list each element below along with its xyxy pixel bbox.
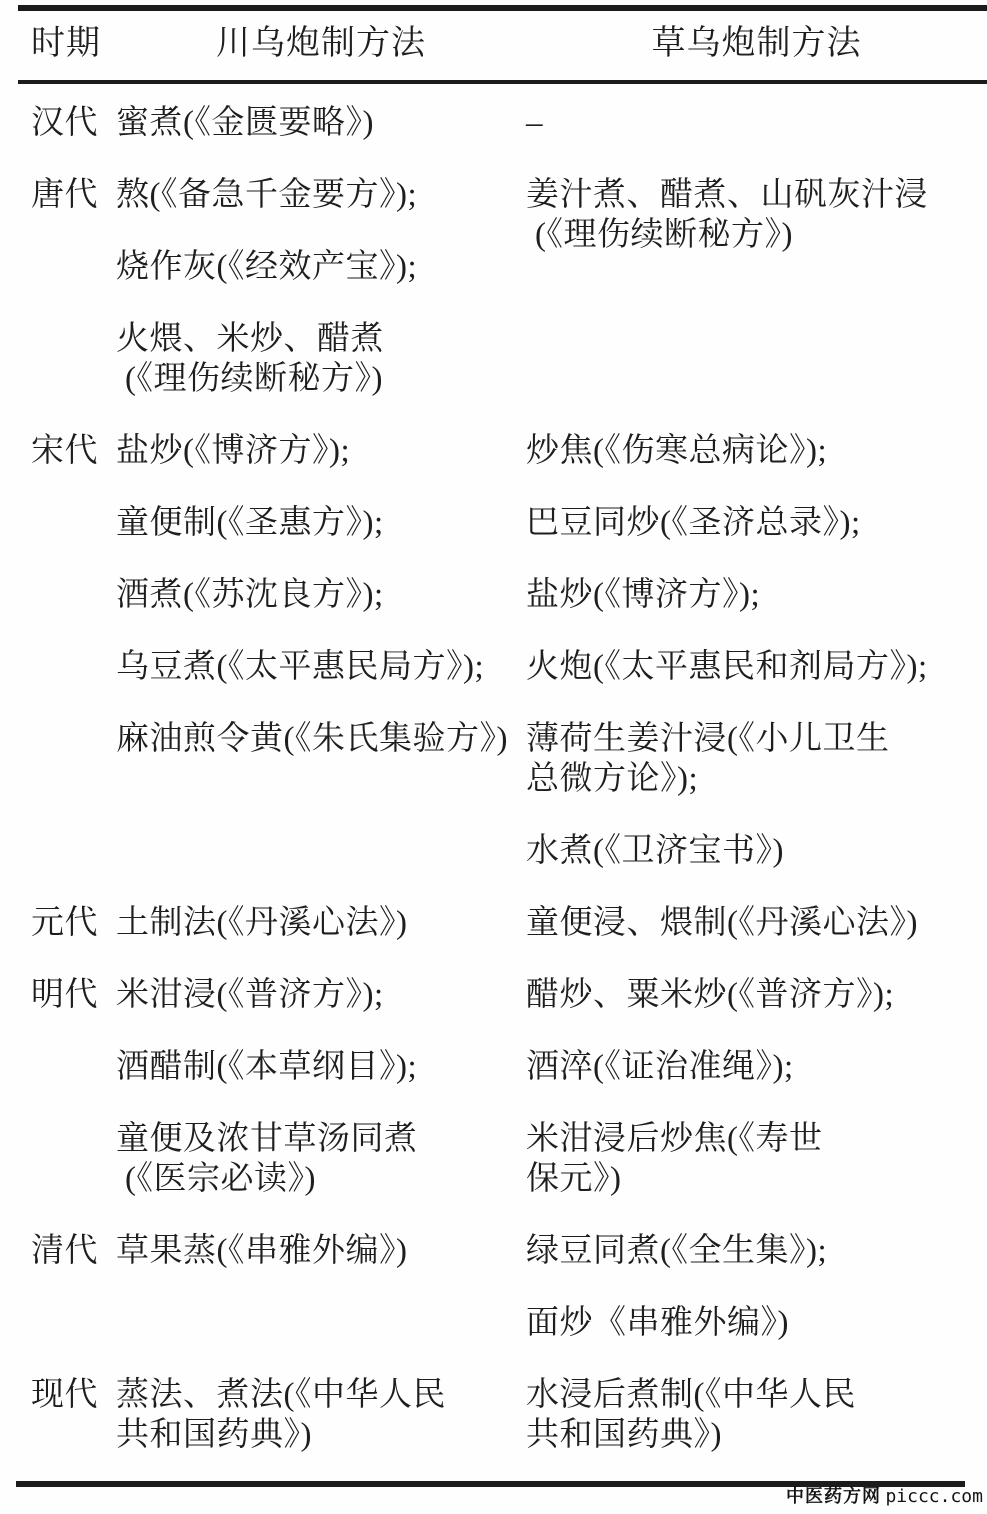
period-cell: 宋代: [0, 431, 116, 871]
method-line: 火煨、米炒、醋煮: [116, 319, 526, 359]
method-line: 薄荷生姜汁浸(《小儿卫生: [526, 719, 981, 759]
method-entry: 童便制(《圣惠方》);: [116, 503, 526, 543]
method-line: 酒醋制(《本草纲目》);: [116, 1047, 526, 1087]
method-line: –: [526, 103, 981, 143]
caowu-methods-cell: 童便浸、煨制(《丹溪心法》): [526, 903, 987, 943]
method-entry: 熬(《备急千金要方》);: [116, 175, 526, 215]
method-line: 醋炒、粟米炒(《普济方》);: [526, 975, 981, 1015]
caowu-methods-cell: 水浸后煮制(《中华人民共和国药典》): [526, 1375, 987, 1455]
method-entry: 水浸后煮制(《中华人民共和国药典》): [526, 1375, 981, 1455]
method-line: 总微方论》);: [526, 759, 981, 799]
method-entry: 酒醋制(《本草纲目》);: [116, 1047, 526, 1087]
period-cell: 唐代: [0, 175, 116, 399]
scanned-table-page: 时期 川乌炮制方法 草乌炮制方法 汉代蜜煮(《金匮要略》)–唐代熬(《备急千金要…: [0, 0, 987, 1514]
caowu-methods-cell: 醋炒、粟米炒(《普济方》);酒淬(《证治准绳》);米泔浸后炒焦(《寿世保元》): [526, 975, 987, 1199]
method-line: 童便及浓甘草汤同煮: [116, 1119, 526, 1159]
method-line: (《医宗必读》): [116, 1159, 526, 1199]
method-line: 蒸法、煮法(《中华人民: [116, 1375, 526, 1415]
method-entry: 蜜煮(《金匮要略》): [116, 103, 526, 143]
method-entry: 草果蒸(《串雅外编》): [116, 1231, 526, 1271]
method-line: 烧作灰(《经效产宝》);: [116, 247, 526, 287]
caowu-methods-cell: 绿豆同煮(《全生集》);面炒《串雅外编》): [526, 1231, 987, 1343]
method-line: 土制法(《丹溪心法》): [116, 903, 526, 943]
method-line: 盐炒(《博济方》);: [526, 575, 981, 615]
watermark-site-name: 中医药方网: [786, 1486, 881, 1506]
method-line: 火炮(《太平惠民和剂局方》);: [526, 647, 981, 687]
chuanwu-methods-cell: 蒸法、煮法(《中华人民共和国药典》): [116, 1375, 526, 1455]
header-divider-rule: [18, 80, 987, 84]
header-chuanwu-methods: 川乌炮制方法: [116, 24, 526, 64]
chuanwu-methods-cell: 米泔浸(《普济方》);酒醋制(《本草纲目》);童便及浓甘草汤同煮(《医宗必读》): [116, 975, 526, 1199]
header-caowu-methods: 草乌炮制方法: [526, 24, 987, 64]
method-line: (《理伤续断秘方》): [526, 215, 981, 255]
table-header-row: 时期 川乌炮制方法 草乌炮制方法: [0, 24, 987, 64]
method-line: 水煮(《卫济宝书》): [526, 831, 981, 871]
method-line: 姜汁煮、醋煮、山矾灰汁浸: [526, 175, 981, 215]
method-entry: 巴豆同炒(《圣济总录》);: [526, 503, 981, 543]
method-entry: 米泔浸(《普济方》);: [116, 975, 526, 1015]
method-entry: –: [526, 103, 981, 143]
method-line: 乌豆煮(《太平惠民局方》);: [116, 647, 526, 687]
table-row: 宋代盐炒(《博济方》);童便制(《圣惠方》);酒煮(《苏沈良方》);乌豆煮(《太…: [0, 431, 987, 871]
chuanwu-methods-cell: 土制法(《丹溪心法》): [116, 903, 526, 943]
table-row: 汉代蜜煮(《金匮要略》)–: [0, 103, 987, 143]
watermark-domain: piccc.com: [885, 1486, 983, 1507]
method-entry: 水煮(《卫济宝书》): [526, 831, 981, 871]
method-entry: 盐炒(《博济方》);: [526, 575, 981, 615]
method-entry: 童便及浓甘草汤同煮(《医宗必读》): [116, 1119, 526, 1199]
period-cell: 现代: [0, 1375, 116, 1455]
method-entry: 童便浸、煨制(《丹溪心法》): [526, 903, 981, 943]
table-row: 唐代熬(《备急千金要方》);烧作灰(《经效产宝》);火煨、米炒、醋煮(《理伤续断…: [0, 175, 987, 399]
chuanwu-methods-cell: 草果蒸(《串雅外编》): [116, 1231, 526, 1343]
table-row: 明代米泔浸(《普济方》);酒醋制(《本草纲目》);童便及浓甘草汤同煮(《医宗必读…: [0, 975, 987, 1199]
method-line: 熬(《备急千金要方》);: [116, 175, 526, 215]
method-entry: 火炮(《太平惠民和剂局方》);: [526, 647, 981, 687]
method-entry: 麻油煎令黄(《朱氏集验方》): [116, 719, 526, 759]
caowu-methods-cell: 姜汁煮、醋煮、山矾灰汁浸(《理伤续断秘方》): [526, 175, 987, 399]
method-entry: 薄荷生姜汁浸(《小儿卫生总微方论》);: [526, 719, 981, 799]
method-line: 炒焦(《伤寒总病论》);: [526, 431, 981, 471]
method-line: 米泔浸后炒焦(《寿世: [526, 1119, 981, 1159]
method-entry: 烧作灰(《经效产宝》);: [116, 247, 526, 287]
period-cell: 汉代: [0, 103, 116, 143]
method-entry: 火煨、米炒、醋煮(《理伤续断秘方》): [116, 319, 526, 399]
method-entry: 蒸法、煮法(《中华人民共和国药典》): [116, 1375, 526, 1455]
method-line: 巴豆同炒(《圣济总录》);: [526, 503, 981, 543]
period-cell: 清代: [0, 1231, 116, 1343]
method-entry: 酒煮(《苏沈良方》);: [116, 575, 526, 615]
header-period: 时期: [0, 24, 116, 64]
caowu-methods-cell: –: [526, 103, 987, 143]
method-line: 绿豆同煮(《全生集》);: [526, 1231, 981, 1271]
chuanwu-methods-cell: 蜜煮(《金匮要略》): [116, 103, 526, 143]
method-entry: 炒焦(《伤寒总病论》);: [526, 431, 981, 471]
method-line: 酒淬(《证治准绳》);: [526, 1047, 981, 1087]
method-line: 面炒《串雅外编》): [526, 1303, 981, 1343]
method-line: 水浸后煮制(《中华人民: [526, 1375, 981, 1415]
method-line: 酒煮(《苏沈良方》);: [116, 575, 526, 615]
table-row: 清代草果蒸(《串雅外编》)绿豆同煮(《全生集》);面炒《串雅外编》): [0, 1231, 987, 1343]
method-line: 童便制(《圣惠方》);: [116, 503, 526, 543]
period-cell: 元代: [0, 903, 116, 943]
method-line: 共和国药典》): [116, 1415, 526, 1455]
chuanwu-methods-cell: 熬(《备急千金要方》);烧作灰(《经效产宝》);火煨、米炒、醋煮(《理伤续断秘方…: [116, 175, 526, 399]
method-line: (《理伤续断秘方》): [116, 359, 526, 399]
method-entry: 绿豆同煮(《全生集》);: [526, 1231, 981, 1271]
method-entry: 盐炒(《博济方》);: [116, 431, 526, 471]
method-line: 米泔浸(《普济方》);: [116, 975, 526, 1015]
method-entry: 米泔浸后炒焦(《寿世保元》): [526, 1119, 981, 1199]
method-entry: 乌豆煮(《太平惠民局方》);: [116, 647, 526, 687]
method-line: 盐炒(《博济方》);: [116, 431, 526, 471]
chuanwu-methods-cell: 盐炒(《博济方》);童便制(《圣惠方》);酒煮(《苏沈良方》);乌豆煮(《太平惠…: [116, 431, 526, 871]
method-line: 保元》): [526, 1159, 981, 1199]
method-line: 共和国药典》): [526, 1415, 981, 1455]
top-rule: [18, 5, 987, 11]
method-entry: 酒淬(《证治准绳》);: [526, 1047, 981, 1087]
method-line: 草果蒸(《串雅外编》): [116, 1231, 526, 1271]
method-line: 童便浸、煨制(《丹溪心法》): [526, 903, 981, 943]
method-entry: 土制法(《丹溪心法》): [116, 903, 526, 943]
table-row: 元代土制法(《丹溪心法》)童便浸、煨制(《丹溪心法》): [0, 903, 987, 943]
period-cell: 明代: [0, 975, 116, 1199]
method-entry: 姜汁煮、醋煮、山矾灰汁浸(《理伤续断秘方》): [526, 175, 981, 255]
watermark: 中医药方网 piccc.com: [786, 1486, 983, 1507]
method-entry: 面炒《串雅外编》): [526, 1303, 981, 1343]
table-row: 现代蒸法、煮法(《中华人民共和国药典》)水浸后煮制(《中华人民共和国药典》): [0, 1375, 987, 1455]
method-line: 蜜煮(《金匮要略》): [116, 103, 526, 143]
method-line: 麻油煎令黄(《朱氏集验方》): [116, 719, 526, 759]
table-body: 汉代蜜煮(《金匮要略》)–唐代熬(《备急千金要方》);烧作灰(《经效产宝》);火…: [0, 103, 987, 1487]
caowu-methods-cell: 炒焦(《伤寒总病论》);巴豆同炒(《圣济总录》);盐炒(《博济方》);火炮(《太…: [526, 431, 987, 871]
method-entry: 醋炒、粟米炒(《普济方》);: [526, 975, 981, 1015]
